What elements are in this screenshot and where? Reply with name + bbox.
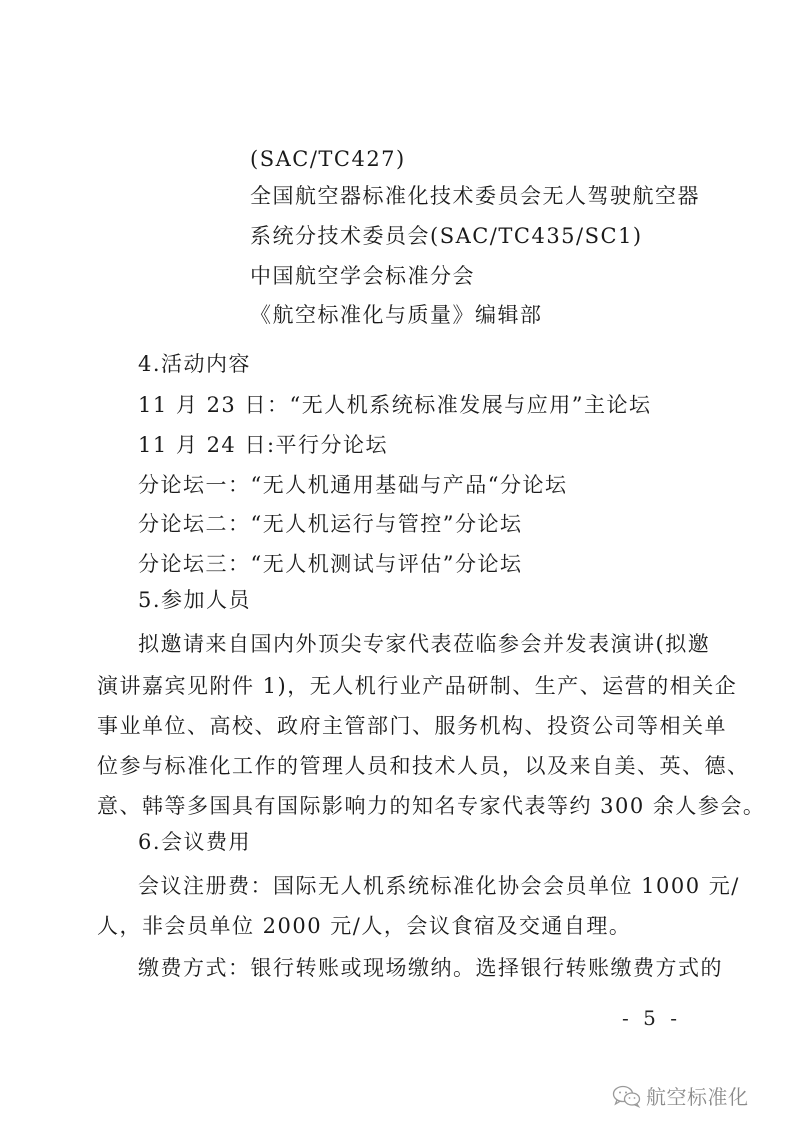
paragraph-line: 会议注册费：国际无人机系统标准化协会会员单位 1000 元/ bbox=[138, 872, 740, 900]
paragraph-line: 演讲嘉宾见附件 1)，无人机行业产品研制、生产、运营的相关企 bbox=[97, 672, 737, 700]
section-heading: 4.活动内容 bbox=[138, 350, 251, 378]
organizer-line: 中国航空学会标准分会 bbox=[250, 262, 475, 290]
wechat-icon bbox=[612, 1084, 642, 1108]
paragraph-line: 意、韩等多国具有国际影响力的知名专家代表等约 300 余人参会。 bbox=[97, 792, 765, 820]
organizer-line: (SAC/TC427) bbox=[250, 145, 406, 173]
section-heading: 6.会议费用 bbox=[138, 828, 251, 856]
paragraph-line: 位参与标准化工作的管理人员和技术人员，以及来自美、英、德、 bbox=[97, 752, 750, 780]
paragraph-line: 事业单位、高校、政府主管部门、服务机构、投资公司等相关单 bbox=[97, 712, 727, 740]
paragraph-line: 人，非会员单位 2000 元/人，会议食宿及交通自理。 bbox=[97, 912, 631, 940]
schedule-item: 分论坛二：“无人机运行与管控”分论坛 bbox=[138, 510, 522, 538]
page-number: - 5 - bbox=[622, 1006, 681, 1030]
document-page: (SAC/TC427) 全国航空器标准化技术委员会无人驾驶航空器 系统分技术委员… bbox=[0, 0, 800, 1131]
organizer-line: 系统分技术委员会(SAC/TC435/SC1) bbox=[250, 222, 643, 250]
schedule-item: 11 月 23 日：“无人机系统标准发展与应用”主论坛 bbox=[138, 391, 651, 419]
schedule-item: 11 月 24 日:平行分论坛 bbox=[138, 431, 388, 459]
schedule-item: 分论坛一：“无人机通用基础与产品“分论坛 bbox=[138, 471, 567, 499]
organizer-line: 全国航空器标准化技术委员会无人驾驶航空器 bbox=[250, 182, 700, 210]
watermark: 航空标准化 bbox=[612, 1081, 749, 1110]
paragraph-line: 拟邀请来自国内外顶尖专家代表莅临参会并发表演讲(拟邀 bbox=[138, 630, 710, 658]
organizer-line: 《航空标准化与质量》编辑部 bbox=[250, 301, 543, 329]
paragraph-line: 缴费方式：银行转账或现场缴纳。选择银行转账缴费方式的 bbox=[138, 954, 723, 982]
watermark-text: 航空标准化 bbox=[646, 1081, 749, 1110]
schedule-item: 分论坛三：“无人机测试与评估”分论坛 bbox=[138, 550, 522, 578]
section-heading: 5.参加人员 bbox=[138, 586, 251, 614]
